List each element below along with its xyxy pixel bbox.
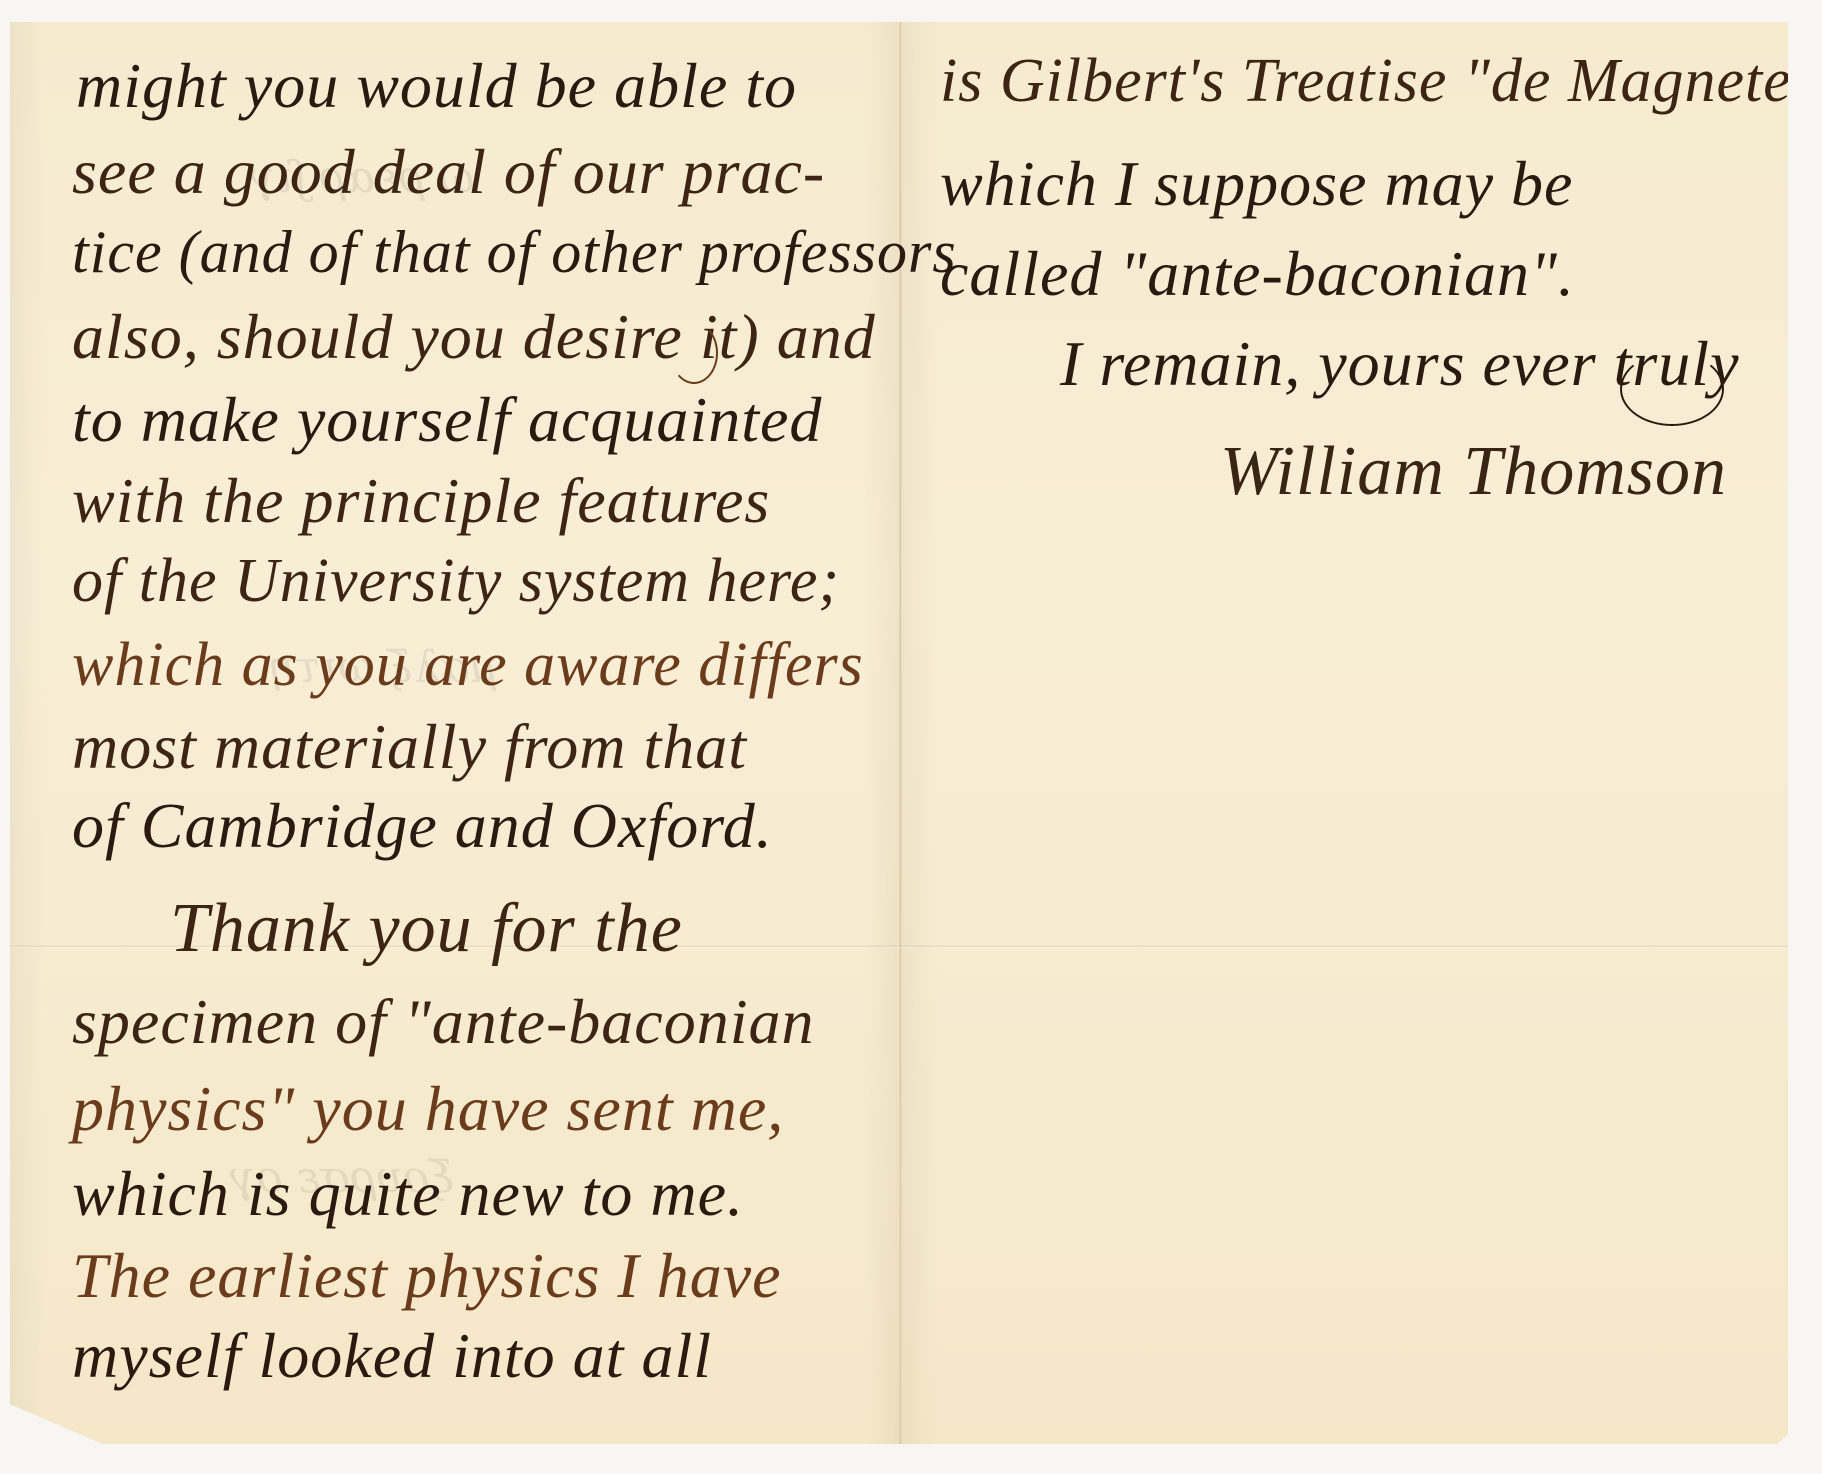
letter-line: of Cambridge and Oxford. xyxy=(72,794,773,858)
letter-line: might you would be able to xyxy=(76,54,797,118)
letter-line: physics" you have sent me, xyxy=(72,1077,784,1141)
letter-line: also, should you desire it) and xyxy=(72,305,876,369)
letter-line: which I suppose may be xyxy=(940,152,1573,216)
letter-line: The earliest physics I have xyxy=(72,1244,782,1308)
letter-line: to make yourself acquainted xyxy=(72,388,822,452)
letter-line: of the University system here; xyxy=(72,550,840,612)
circled-mark xyxy=(670,322,718,384)
letter-line: specimen of "ante-baconian xyxy=(72,990,814,1054)
letter-line: Thank you for the xyxy=(170,894,683,964)
letter-line: which as you are aware differs xyxy=(72,634,864,696)
circled-mark xyxy=(1620,352,1724,426)
signature: William Thomson xyxy=(1220,437,1727,507)
letter-line: see a good deal of our prac- xyxy=(72,140,825,204)
letter-line: tice (and of that of other professors xyxy=(72,222,957,282)
letter-line: is Gilbert's Treatise "de Magnete", xyxy=(940,50,1822,112)
letter-line: called "ante-baconian". xyxy=(940,242,1575,306)
letter-line: with the principle features xyxy=(72,469,770,533)
letter-line: most materially from that xyxy=(72,715,747,779)
right-page xyxy=(902,22,1788,1444)
letter-line: which is quite new to me. xyxy=(72,1162,744,1226)
letter-line: myself looked into at all xyxy=(72,1324,712,1388)
letter-sheet: ω ρεαρ ʃιγ μαλξ ωιτη ξουρσε ογ might you… xyxy=(10,22,1788,1444)
